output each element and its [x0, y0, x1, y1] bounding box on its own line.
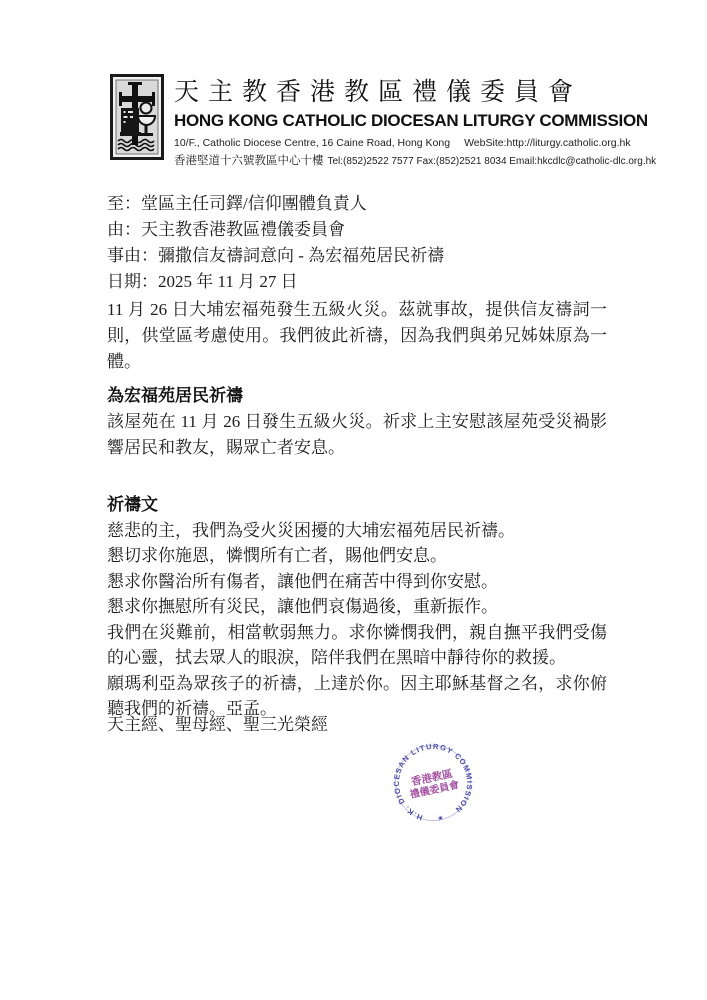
book-icon: [120, 108, 141, 136]
letterhead: 天主教香港教區禮儀委員會 HONG KONG CATHOLIC DIOCESAN…: [174, 72, 610, 168]
stamp-icon: H.K. DIOCESAN LITURGY COMMISSION ★ 香港教區 …: [380, 730, 487, 837]
prayer-heading: 祈禱文: [107, 492, 607, 518]
prayer-line: 慈悲的主，我們為受火災困擾的大埔宏福苑居民祈禱。: [107, 518, 607, 544]
commission-stamp: H.K. DIOCESAN LITURGY COMMISSION ★ 香港教區 …: [380, 730, 487, 837]
prayer-line: 懇求你撫慰所有災民，讓他們哀傷過後，重新振作。: [107, 594, 607, 620]
commission-logo: [110, 74, 164, 160]
address-line-zh: 香港堅道十六號教區中心十樓Tel:(852)2522 7577 Fax:(852…: [174, 152, 610, 168]
recipient-line: 至：堂區主任司鐸/信仰團體負責人: [107, 191, 607, 217]
section-prayer: 祈禱文 慈悲的主，我們為受火災困擾的大埔宏福苑居民祈禱。 懇切求你施恩，憐憫所有…: [107, 492, 607, 722]
org-title-en: HONG KONG CATHOLIC DIOCESAN LITURGY COMM…: [174, 111, 610, 131]
prayer-line: 懇切求你施恩，憐憫所有亡者，賜他們安息。: [107, 543, 607, 569]
intro-paragraph: 11 月 26 日大埔宏福苑發生五級火災。茲就事故，提供信友禱詞一則，供堂區考慮…: [107, 297, 607, 375]
address-line-en: 10/F., Catholic Diocese Centre, 16 Caine…: [174, 137, 610, 149]
waves-icon: [118, 140, 154, 151]
stamp-star: ★: [437, 814, 445, 823]
letter-meta: 至：堂區主任司鐸/信仰團體負責人 由：天主教香港教區禮儀委員會 事由：彌撒信友禱…: [107, 191, 607, 295]
contact-info: Tel:(852)2522 7577 Fax:(852)2521 8034 Em…: [328, 156, 657, 167]
closing-prayers-line: 天主經、聖母經、聖三光榮經: [107, 710, 328, 735]
section-residents-body: 該屋苑在 11 月 26 日發生五級火災。祈求上主安慰該屋苑受災禍影響居民和教友…: [107, 409, 607, 461]
section-residents: 為宏福苑居民祈禱 該屋苑在 11 月 26 日發生五級火災。祈求上主安慰該屋苑受…: [107, 383, 607, 461]
commission-emblem-icon: [110, 74, 164, 160]
section-residents-heading: 為宏福苑居民祈禱: [107, 383, 607, 409]
date-line: 日期：2025 年 11 月 27 日: [107, 269, 607, 295]
subject-line: 事由：彌撒信友禱詞意向 - 為宏福苑居民祈禱: [107, 243, 607, 269]
sender-line: 由：天主教香港教區禮儀委員會: [107, 217, 607, 243]
letter-page: 天主教香港教區禮儀委員會 HONG KONG CATHOLIC DIOCESAN…: [0, 0, 707, 1000]
website-url: WebSite:http://liturgy.catholic.org.hk: [464, 137, 631, 149]
address-en: 10/F., Catholic Diocese Centre, 16 Caine…: [174, 137, 450, 149]
address-zh: 香港堅道十六號教區中心十樓: [174, 155, 324, 167]
org-title-zh: 天主教香港教區禮儀委員會: [174, 72, 610, 108]
prayer-line: 我們在災難前，相當軟弱無力。求你憐憫我們，親自撫平我們受傷的心靈，拭去眾人的眼淚…: [107, 620, 607, 671]
prayer-line: 懇求你醫治所有傷者，讓他們在痛苦中得到你安慰。: [107, 569, 607, 595]
